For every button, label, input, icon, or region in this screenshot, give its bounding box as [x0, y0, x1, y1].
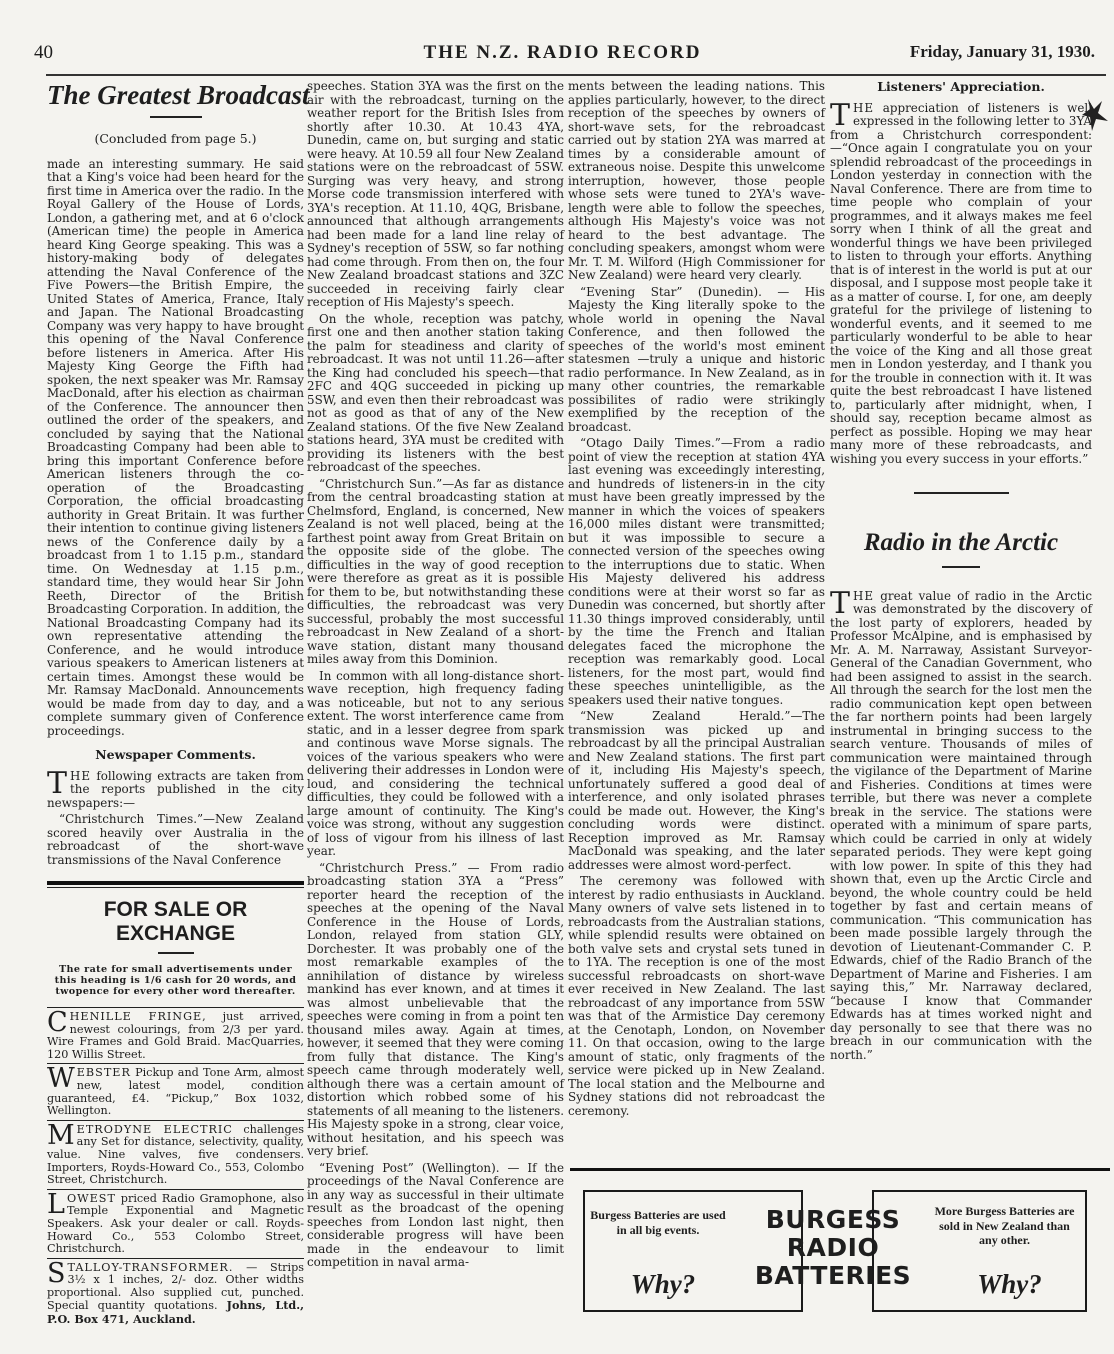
- burgess-ad-right-panel: More Burgess Batteries are sold in New Z…: [872, 1190, 1087, 1312]
- drop-cap: T: [47, 772, 67, 796]
- continuation-note: (Concluded from page 5.): [47, 132, 304, 146]
- otago-daily-times-excerpt: “Otago Daily Times.”—From a radio point …: [568, 437, 825, 707]
- article-paragraph: The ceremony was followed with interest …: [568, 875, 825, 1118]
- christchurch-sun-excerpt: “Christchurch Sun.”—As far as distance f…: [307, 478, 564, 667]
- article-paragraph: In common with all long-distance short-w…: [307, 670, 564, 859]
- headline-greatest-broadcast: The Greatest Broadcast: [47, 80, 304, 110]
- section-divider-thick: [47, 881, 304, 885]
- newspaper-page: 40 THE N.Z. RADIO RECORD Friday, January…: [0, 0, 1114, 1354]
- burgess-ad-right-why: Why?: [874, 1269, 1085, 1300]
- evening-star-excerpt: “Evening Star” (Dunedin). — His Majesty …: [568, 286, 825, 435]
- masthead: 40 THE N.Z. RADIO RECORD Friday, January…: [30, 40, 1095, 70]
- column-3: ments between the leading nations. This …: [568, 80, 825, 1118]
- section-rule: [914, 492, 1009, 494]
- section-divider-thin: [47, 887, 304, 888]
- christchurch-press-excerpt: “Christchurch Press.” — From radio broad…: [307, 862, 564, 1159]
- listeners-letter: THE appreciation of listeners is well ex…: [830, 102, 1092, 467]
- drop-cap: T: [830, 592, 850, 616]
- masthead-rule: [46, 74, 1106, 76]
- headline-radio-arctic: Radio in the Arctic: [830, 528, 1092, 558]
- drop-cap: T: [830, 104, 850, 128]
- headline-rule: [150, 116, 202, 118]
- column-4: Listeners' Appreciation. THE appreciatio…: [830, 80, 1092, 1062]
- for-sale-heading: FOR SALE OR EXCHANGE: [47, 898, 304, 946]
- article-paragraph: ments between the leading nations. This …: [568, 80, 825, 283]
- classified-ad-webster: WEBSTER Pickup and Tone Arm, almost new,…: [47, 1063, 304, 1119]
- for-sale-rate-note: The rate for small advertisements under …: [47, 964, 304, 997]
- evening-post-excerpt: “Evening Post” (Wellington). — If the pr…: [307, 1162, 564, 1270]
- classified-ad-stalloy: STALLOY-TRANSFORMER. — Strips 3½ x 1 inc…: [47, 1258, 304, 1329]
- issue-date: Friday, January 31, 1930.: [910, 42, 1095, 62]
- burgess-ad-right-text: More Burgess Batteries are sold in New Z…: [874, 1204, 1085, 1248]
- ink-stain-icon: [1080, 95, 1110, 135]
- column-2: speeches. Station 3YA was the first on t…: [307, 80, 564, 1270]
- classified-ad-lowest: LOWEST priced Radio Gramophone, also Tem…: [47, 1189, 304, 1258]
- nz-herald-excerpt: “New Zealand Herald.”—The transmission w…: [568, 710, 825, 872]
- article-paragraph: made an interesting summary. He said tha…: [47, 158, 304, 739]
- ad-divider-rule: [570, 1168, 1110, 1171]
- arctic-article-body: THE great value of radio in the Arctic w…: [830, 590, 1092, 1063]
- article-paragraph: speeches. Station 3YA was the first on t…: [307, 80, 564, 310]
- christchurch-times-excerpt: “Christchurch Times.”—New Zealand scored…: [47, 813, 304, 867]
- article-paragraph: On the whole, reception was patchy, firs…: [307, 313, 564, 475]
- subheading-newspaper-comments: Newspaper Comments.: [47, 748, 304, 762]
- column-1: The Greatest Broadcast (Concluded from p…: [47, 80, 304, 1329]
- subheading-listeners-appreciation: Listeners' Appreciation.: [830, 80, 1092, 94]
- classified-ad-chenille: CHENILLE FRINGE, just arrived, newest co…: [47, 1007, 304, 1063]
- classified-ad-metrodyne: METRODYNE ELECTRIC challenges any Set fo…: [47, 1120, 304, 1189]
- newspaper-comments-intro: THE following extracts are taken from th…: [47, 770, 304, 811]
- for-sale-rule: [158, 952, 194, 954]
- headline-rule: [942, 566, 980, 568]
